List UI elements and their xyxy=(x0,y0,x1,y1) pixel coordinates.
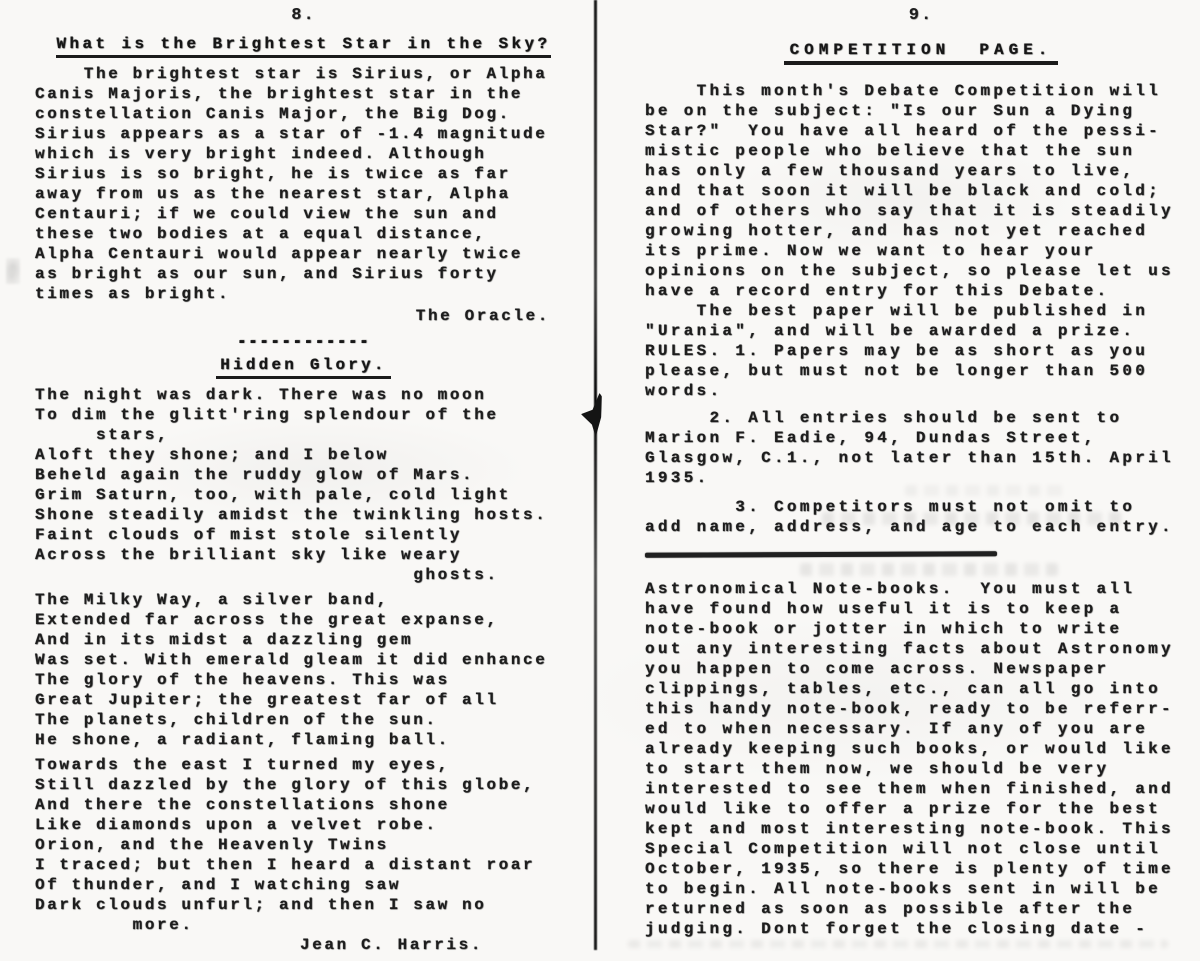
text-line: Astronomical Note-books. You must all xyxy=(645,579,1197,599)
text-line: 2. All entries should be sent to xyxy=(645,408,1197,428)
text-line: Like diamonds upon a velvet robe. xyxy=(35,815,572,835)
bleed-through-smudge xyxy=(800,563,1058,576)
text-line: Centauri; if we could view the sun and xyxy=(35,204,572,224)
text-line: more. xyxy=(35,915,572,935)
text-line: Glasgow, C.1., not later than 15th. Apri… xyxy=(645,448,1197,468)
text-line: Special Competition will not close until xyxy=(645,839,1197,859)
text-line: Of thunder, and I watching saw xyxy=(35,875,572,895)
text-line: Faint clouds of mist stole silently xyxy=(35,525,572,545)
text-line: Great Jupiter; the greatest far of all xyxy=(35,690,572,710)
poem-stanza-2: The Milky Way, a silver band,Extended fa… xyxy=(35,590,572,750)
text-line: Orion, and the Heavenly Twins xyxy=(35,835,572,855)
text-line: He shone, a radiant, flaming ball. xyxy=(35,730,572,750)
text-line: you happen to come across. Newspaper xyxy=(645,659,1197,679)
text-line: returned as soon as possible after the xyxy=(645,899,1197,919)
poem-title: Hidden Glory. xyxy=(216,355,390,379)
text-line: note-book or jotter in which to write xyxy=(645,619,1197,639)
text-line: The glory of the heavens. This was xyxy=(35,670,572,690)
page-number-right: 9. xyxy=(645,6,1197,26)
text-line: clippings, tables, etc., can all go into xyxy=(645,679,1197,699)
text-line: would like to offer a prize for the best xyxy=(645,799,1197,819)
text-line: ghosts. xyxy=(35,565,572,585)
text-line: Sirius is so bright, he is twice as far xyxy=(35,164,572,184)
poem-stanza-3: Towards the east I turned my eyes,Still … xyxy=(35,755,572,935)
page-fold-line xyxy=(594,0,597,950)
text-line: kept and most interesting note-book. Thi… xyxy=(645,819,1197,839)
text-line: stars, xyxy=(35,425,572,445)
text-line: To dim the glitt'ring splendour of the xyxy=(35,405,572,425)
text-line: The best paper will be published in xyxy=(645,301,1197,321)
debate-paragraph: This month's Debate Competition willbe o… xyxy=(645,81,1197,301)
text-line: be on the subject: "Is our Sun a Dying xyxy=(645,101,1197,121)
text-line: I traced; but then I heard a distant roa… xyxy=(35,855,572,875)
poem-byline: Jean C. Harris. xyxy=(35,935,572,955)
text-line: ed to when necessary. If any of you are xyxy=(645,719,1197,739)
text-line: words. xyxy=(645,381,1197,401)
text-line: its prime. Now we want to hear your xyxy=(645,241,1197,261)
text-line: Across the brilliant sky like weary xyxy=(35,545,572,565)
text-line: this handy note-book, ready to be referr… xyxy=(645,699,1197,719)
article-title-row: What is the Brightest Star in the Sky? xyxy=(35,26,572,58)
text-line: growing hotter, and has not yet reached xyxy=(645,221,1197,241)
text-line: already keeping such books, or would lik… xyxy=(645,739,1197,759)
rule-2-paragraph: 2. All entries should be sent toMarion F… xyxy=(645,408,1197,488)
text-line: away from us as the nearest star, Alpha xyxy=(35,184,572,204)
text-line: as bright as our sun, and Sirius forty xyxy=(35,264,572,284)
text-line: has only a few thousand years to live, xyxy=(645,161,1197,181)
text-line: interested to see them when finished, an… xyxy=(645,779,1197,799)
text-line: October, 1935, so there is plenty of tim… xyxy=(645,859,1197,879)
page-left: 8. What is the Brightest Star in the Sky… xyxy=(35,0,572,955)
text-line: The night was dark. There was no moon xyxy=(35,385,572,405)
text-line: The Milky Way, a silver band, xyxy=(35,590,572,610)
bleed-through-smudge xyxy=(822,512,1122,525)
fold-ink-blob xyxy=(581,393,602,437)
text-line: Grim Saturn, too, with pale, cold light xyxy=(35,485,572,505)
section-divider-line xyxy=(645,551,997,558)
text-line: Aloft they shone; and I below xyxy=(35,445,572,465)
text-line: The brightest star is Sirius, or Alpha xyxy=(35,64,572,84)
rules-paragraph: The best paper will be published in"Uran… xyxy=(645,301,1197,401)
text-line: This month's Debate Competition will xyxy=(645,81,1197,101)
article-byline: The Oracle. xyxy=(35,306,572,326)
page-number-left: 8. xyxy=(35,6,572,26)
text-line: have found how useful it is to keep a xyxy=(645,599,1197,619)
scan-speck xyxy=(6,258,20,284)
page-right: 9. COMPETITION PAGE. This month's Debate… xyxy=(645,0,1197,939)
text-line: And there the constellations shone xyxy=(35,795,572,815)
text-line: Still dazzled by the glory of this globe… xyxy=(35,775,572,795)
text-line: opinions on the subject, so please let u… xyxy=(645,261,1197,281)
poem-stanza-1: The night was dark. There was no moonTo … xyxy=(35,385,572,585)
text-line: mistic people who believe that the sun xyxy=(645,141,1197,161)
text-line: judging. Dont forget the closing date - xyxy=(645,919,1197,939)
text-line: and that soon it will be black and cold; xyxy=(645,181,1197,201)
text-line: Marion F. Eadie, 94, Dundas Street, xyxy=(645,428,1197,448)
text-line: RULES. 1. Papers may be as short as you xyxy=(645,341,1197,361)
text-line: times as bright. xyxy=(35,284,572,304)
text-line: which is very bright indeed. Although xyxy=(35,144,572,164)
text-line: these two bodies at a equal distance, xyxy=(35,224,572,244)
text-line: please, but must not be longer than 500 xyxy=(645,361,1197,381)
text-line: Alpha Centauri would appear nearly twice xyxy=(35,244,572,264)
text-line: The planets, children of the sun. xyxy=(35,710,572,730)
competition-page-title: COMPETITION PAGE. xyxy=(784,40,1059,65)
article-body: The brightest star is Sirius, or AlphaCa… xyxy=(35,64,572,304)
text-line: Star?" You have all heard of the pessi- xyxy=(645,121,1197,141)
text-line: to begin. All note-books sent in will be xyxy=(645,879,1197,899)
notebooks-paragraph: Astronomical Note-books. You must allhav… xyxy=(645,579,1197,939)
text-line: Canis Majoris, the brightest star in the xyxy=(35,84,572,104)
text-line: constellation Canis Major, the Big Dog. xyxy=(35,104,572,124)
bleed-through-smudge xyxy=(628,940,1168,948)
text-line: Towards the east I turned my eyes, xyxy=(35,755,572,775)
text-line: Beheld again the ruddy glow of Mars. xyxy=(35,465,572,485)
text-line: to start them now, we should be very xyxy=(645,759,1197,779)
text-line: Extended far across the great expanse, xyxy=(35,610,572,630)
text-line: and of others who say that it is steadil… xyxy=(645,201,1197,221)
text-line: Sirius appears as a star of -1.4 magnitu… xyxy=(35,124,572,144)
text-line: Dark clouds unfurl; and then I saw no xyxy=(35,895,572,915)
text-line: Was set. With emerald gleam it did enhan… xyxy=(35,650,572,670)
text-line: have a record entry for this Debate. xyxy=(645,281,1197,301)
article-title: What is the Brightest Star in the Sky? xyxy=(56,34,550,58)
dashed-divider: ------------ xyxy=(35,327,572,357)
text-line: And in its midst a dazzling gem xyxy=(35,630,572,650)
text-line: out any interesting facts about Astronom… xyxy=(645,639,1197,659)
bleed-through-smudge xyxy=(905,485,1065,496)
competition-title-row: COMPETITION PAGE. xyxy=(645,26,1197,65)
text-line: Shone steadily amidst the twinkling host… xyxy=(35,505,572,525)
text-line: "Urania", and will be awarded a prize. xyxy=(645,321,1197,341)
